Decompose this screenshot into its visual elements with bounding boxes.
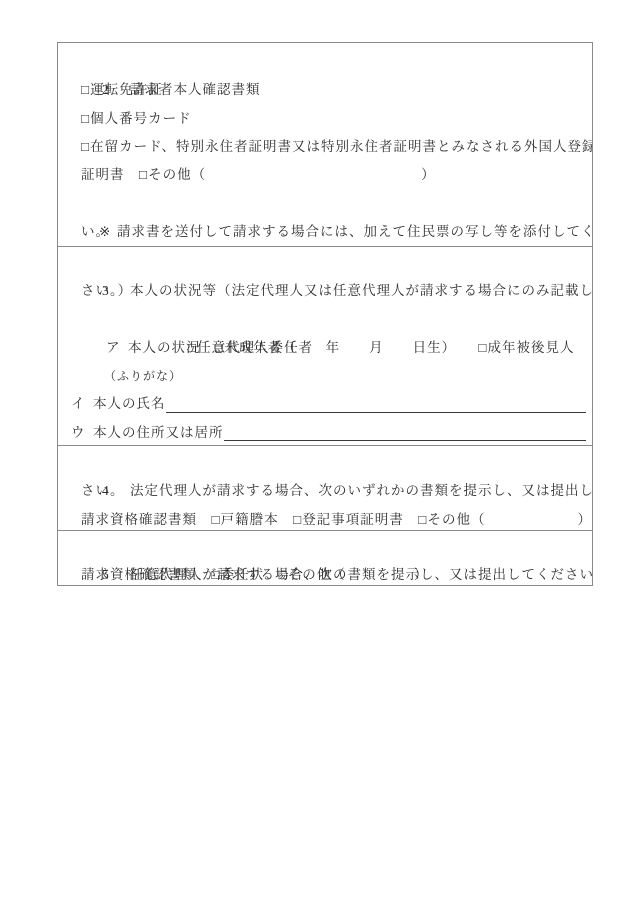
section-2-identity-documents: 2請求者本人確認書類 □運転免許証 □個人番号カード □在留カード、特別永住者証… <box>58 43 592 246</box>
continuation-text: 証明書 □その他（ <box>81 161 206 189</box>
note-attachment: ※請求書を送付して請求する場合には、加えて住民票の写し等を添付してくださ <box>58 189 592 217</box>
address-input-line <box>224 419 587 441</box>
item-label: イ <box>71 390 93 418</box>
close-paren: ） <box>414 561 429 585</box>
section-heading: 3本人の状況等（法定代理人又は任意代理人が請求する場合にのみ記載してくだ <box>58 249 592 277</box>
checkbox-item-residence-card: □在留カード、特別永住者証明書又は特別永住者証明書とみなされる外国人登録 <box>58 133 592 161</box>
blank-fill-area <box>346 561 414 585</box>
close-paren: ） <box>578 506 593 530</box>
document-page: 2請求者本人確認書類 □運転免許証 □個人番号カード □在留カード、特別永住者証… <box>0 0 630 903</box>
item-text: 本人の住所又は居所 <box>93 419 224 445</box>
blank-fill-area <box>485 506 577 530</box>
item-label: ア <box>106 334 128 362</box>
checkbox-item-other-document: 証明書 □その他（） <box>58 161 592 189</box>
item-i-principal-name: イ本人の氏名 <box>58 390 592 418</box>
qualification-documents-line: 請求資格確認書類 □戸籍謄本 □登記事項証明書 □その他（） <box>58 506 592 530</box>
form-section-table: 2請求者本人確認書類 □運転免許証 □個人番号カード □在留カード、特別永住者証… <box>57 42 593 586</box>
section-4-legal-representative: 4法定代理人が請求する場合、次のいずれかの書類を提示し、又は提出してくだ さい。… <box>58 445 592 530</box>
section-title: 法定代理人が請求する場合、次のいずれかの書類を提示し、又は提出してくだ <box>130 483 592 498</box>
documents-text: 請求資格確認書類 □戸籍謄本 □登記事項証明書 □その他（ <box>81 506 485 530</box>
item-label: ウ <box>71 419 93 445</box>
section-heading: 4法定代理人が請求する場合、次のいずれかの書類を提示し、又は提出してくだ <box>58 449 592 477</box>
name-input-line <box>166 390 587 412</box>
item-a-principal-status: ア本人の状況 □未成年者（ 年 月 日生） □成年被後見人 <box>58 306 592 334</box>
item-u-principal-address: ウ本人の住所又は居所 <box>58 419 592 445</box>
section-3-principal-status: 3本人の状況等（法定代理人又は任意代理人が請求する場合にのみ記載してくだ さい。… <box>58 246 592 445</box>
section-heading: 2請求者本人確認書類 <box>58 48 592 76</box>
close-paren: ） <box>421 161 436 189</box>
section-heading: 5任意代理人が請求する場合、次の書類を提示し、又は提出してください。 <box>58 533 592 561</box>
item-text: 本人の氏名 <box>93 390 166 418</box>
section-title: 本人の状況等（法定代理人又は任意代理人が請求する場合にのみ記載してくだ <box>130 283 592 298</box>
section-5-voluntary-representative: 5任意代理人が請求する場合、次の書類を提示し、又は提出してください。 請求資格確… <box>58 530 592 585</box>
checkbox-item-my-number-card: □個人番号カード <box>58 105 592 133</box>
blank-fill-area <box>206 161 421 189</box>
note-text: 請求書を送付して請求する場合には、加えて住民票の写し等を添付してくださ <box>117 224 592 239</box>
checkbox-item-drivers-license: □運転免許証 <box>58 76 592 104</box>
furigana-label: （ふりがな） <box>58 362 592 390</box>
documents-text: 請求資格確認書類 □委任状 □その他（ <box>81 561 346 585</box>
